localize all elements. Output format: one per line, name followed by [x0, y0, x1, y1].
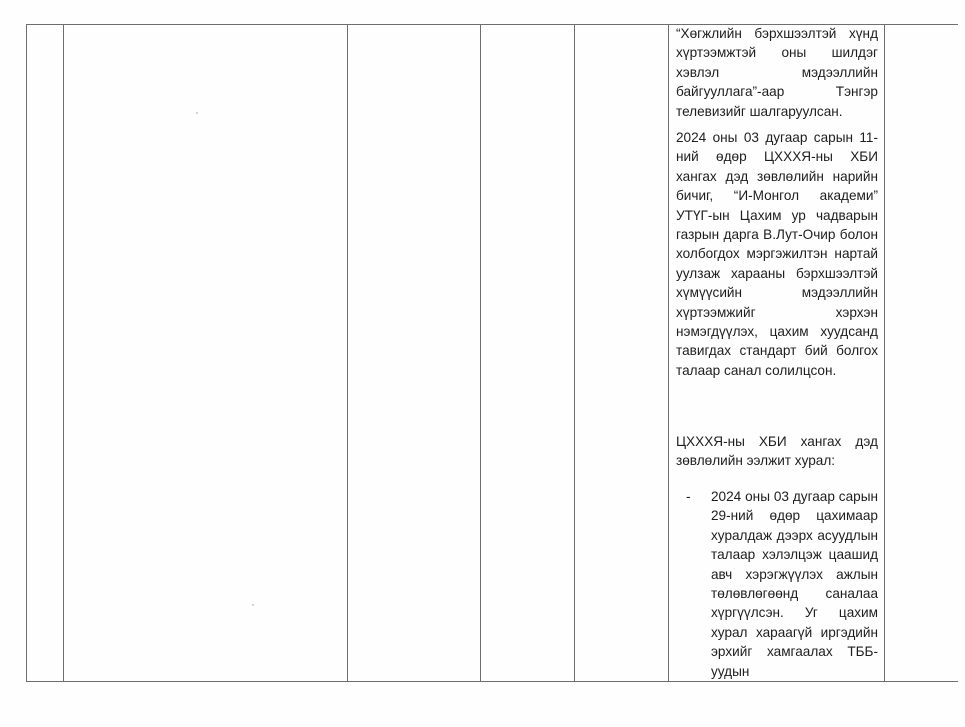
- list-item: - 2024 оны 03 дугаар сарын 29-ний өдөр ц…: [676, 487, 878, 681]
- table-column-border: [574, 24, 575, 681]
- paragraph-council-session: ЦХХХЯ-ны ХБИ хангах дэд зөвлөлийн ээлжит…: [676, 432, 878, 471]
- paragraph-award: “Хөгжлийн бэрхшээлтэй хүнд хүртээмжтэй о…: [676, 24, 878, 121]
- table-column-border: [480, 24, 481, 681]
- table-bottom-border: [26, 681, 958, 682]
- paragraph-meeting: 2024 оны 03 дугаар сарын 11-ний өдөр ЦХХ…: [676, 128, 878, 380]
- list-item-text: 2024 оны 03 дугаар сарын 29-ний өдөр цах…: [711, 489, 878, 679]
- table-column-border: [63, 24, 64, 681]
- table-column-border: [668, 24, 669, 681]
- council-session-list: - 2024 оны 03 дугаар сарын 29-ний өдөр ц…: [676, 487, 878, 681]
- table-column-border: [26, 24, 27, 681]
- scan-speck: [196, 112, 198, 114]
- table-column-border: [347, 24, 348, 681]
- scanned-document-page: “Хөгжлийн бэрхшээлтэй хүнд хүртээмжтэй о…: [0, 0, 965, 727]
- table-column-border: [884, 24, 885, 681]
- scan-speck: [252, 604, 254, 606]
- dash-bullet: -: [686, 487, 691, 506]
